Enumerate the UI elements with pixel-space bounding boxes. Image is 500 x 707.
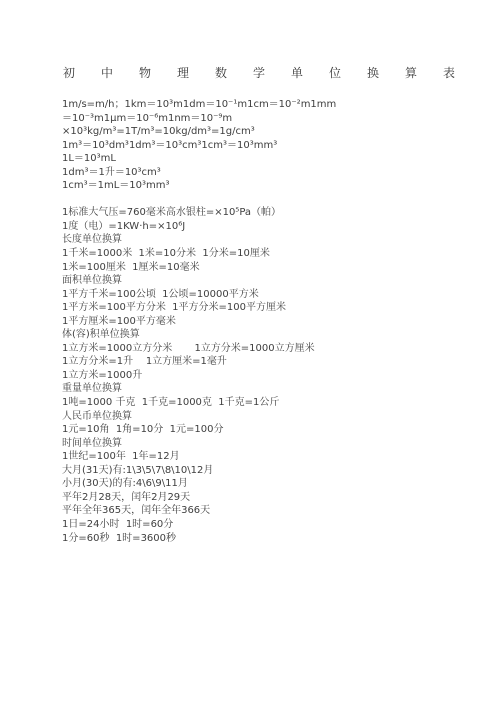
blank-line <box>62 193 482 207</box>
doc-line: 1吨=1000 千克 1千克=1000克 1千克=1公斤 <box>62 396 482 410</box>
document-page: 初中物理数学单位换算表 1m/s=m/h；1km＝10³m1dm＝10⁻¹m1c… <box>0 0 500 707</box>
doc-line: ×10³kg/m³=1T/m³=10kg/dm³=1g/cm³ <box>62 125 482 139</box>
page-title: 初中物理数学单位换算表 <box>63 64 481 81</box>
doc-line: 1分=60秒 1时=3600秒 <box>62 532 482 546</box>
doc-line: 1m/s=m/h；1km＝10³m1dm＝10⁻¹m1cm＝10⁻²m1mm <box>62 98 482 112</box>
doc-line: 1cm³＝1mL＝10³mm³ <box>62 179 482 193</box>
doc-line: 1度（电）=1KW·h=×10⁶J <box>62 220 482 234</box>
doc-line: 1平方厘米=100平方毫米 <box>62 315 482 329</box>
section-heading-time: 时间单位换算 <box>62 437 482 451</box>
section-heading-area: 面积单位换算 <box>62 274 482 288</box>
section-heading-weight: 重量单位换算 <box>62 382 482 396</box>
document-body: 1m/s=m/h；1km＝10³m1dm＝10⁻¹m1cm＝10⁻²m1mm ＝… <box>62 98 482 545</box>
doc-line: 1元=10角 1角=10分 1元=100分 <box>62 423 482 437</box>
doc-line: 1立方分米=1升 1立方厘米=1毫升 <box>62 355 482 369</box>
doc-line: 1立方米=1000升 <box>62 369 482 383</box>
doc-line: 1世纪=100年 1年=12月 <box>62 450 482 464</box>
section-heading-length: 长度单位换算 <box>62 233 482 247</box>
section-heading-currency: 人民币单位换算 <box>62 410 482 424</box>
doc-line: ＝10⁻³m1μm＝10⁻⁶m1nm＝10⁻⁹m <box>62 112 482 126</box>
doc-line: 大月(31天)有:1\3\5\7\8\10\12月 <box>62 464 482 478</box>
doc-line: 1L＝10³mL <box>62 152 482 166</box>
doc-line: 1日=24小时 1时=60分 <box>62 518 482 532</box>
doc-line: 小月(30天)的有:4\6\9\11月 <box>62 477 482 491</box>
doc-line: 平年2月28天，闰年2月29天 <box>62 491 482 505</box>
doc-line: 1千米=1000米 1米=10分米 1分米=10厘米 <box>62 247 482 261</box>
doc-line: 1标准大气压=760毫米高水银柱=×10⁵Pa（帕） <box>62 206 482 220</box>
doc-line: 1立方米=1000立方分米 1立方分米=1000立方厘米 <box>62 342 482 356</box>
doc-line: 1平方千米=100公顷 1公顷=10000平方米 <box>62 288 482 302</box>
doc-line: 1m³＝10³dm³1dm³＝10³cm³1cm³＝10³mm³ <box>62 139 482 153</box>
doc-line: 1米=100厘米 1厘米=10毫米 <box>62 261 482 275</box>
doc-line: 1平方米=100平方分米 1平方分米=100平方厘米 <box>62 301 482 315</box>
doc-line: 平年全年365天，闰年全年366天 <box>62 504 482 518</box>
doc-line: 1dm³＝1升＝10³cm³ <box>62 166 482 180</box>
section-heading-volume: 体(容)积单位换算 <box>62 328 482 342</box>
